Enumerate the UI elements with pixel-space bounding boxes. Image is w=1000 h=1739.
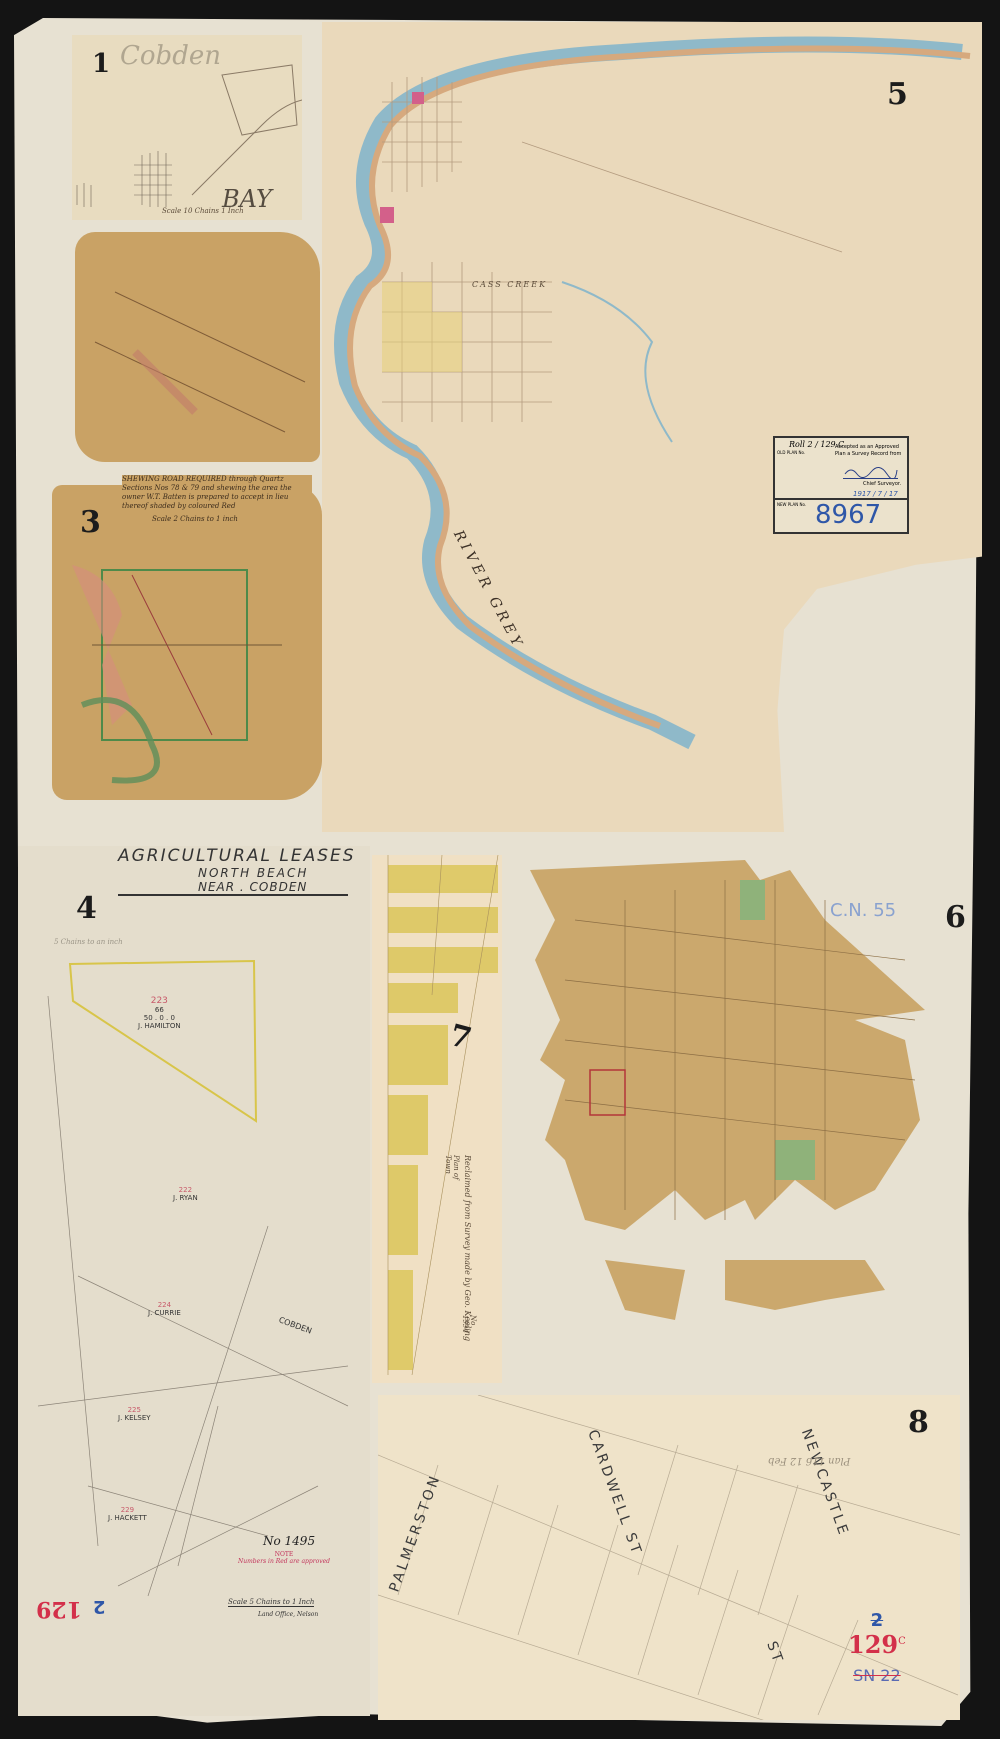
lot-225: 225 J. KELSEY [118,1406,151,1422]
stamp-main-number: 129 [848,1630,898,1659]
panel-6-town-sections: 6 C.N. 55 [525,860,930,1360]
lot-area: 50 . 0 . 0 [138,1014,181,1022]
title-line-3: NEAR . COBDEN [118,880,348,896]
panel-1-cobden-plan: 1 Cobden BAY Scale 10 Chains 1 Inch [72,35,302,220]
panel-4-small-scale: 5 Chains to an inch [54,938,123,946]
lot-owner: J. HACKETT [108,1514,147,1522]
chief-surveyor-signature [843,466,898,479]
note-title: NOTE [238,1551,330,1558]
note-text: Numbers in Red are approved [238,1558,330,1565]
cass-creek [562,282,672,442]
cn-55-stamp: C.N. 55 [830,900,896,921]
panel-4-number: 4 [76,891,97,926]
panel-3-number: 3 [80,505,101,540]
lot-224: 224 J. CURRIE [148,1301,181,1317]
lot-area-code: 66 [138,1006,181,1014]
inverted-plan-note: Plan 116 12 Feb [768,1455,850,1466]
old-plan-label: OLD PLAN No. [777,450,805,455]
stamp-2-rotated: 2 [93,1596,106,1617]
panel-4-agricultural-leases: 4 AGRICULTURAL LEASES NORTH BEACH NEAR .… [18,846,370,1716]
plan-number: No 1495 [263,1534,315,1548]
panel-7-ref: No 1994 [461,1315,477,1340]
stamp-129c-rotated: 129 [36,1596,82,1622]
accepted-text: Accepted as an Approved Plan a Survey Re… [835,444,905,458]
lot-number: 229 [108,1506,147,1514]
panel-2-survey [75,232,320,462]
panel-3-heading: SHEWING ROAD REQUIRED through Quartz Sec… [122,475,312,511]
roll-stamp: 2 129C SN 22 [848,1610,906,1685]
lot-223: 223 66 50 . 0 . 0 J. HAMILTON [138,996,181,1030]
panel-4-title: AGRICULTURAL LEASES NORTH BEACH NEAR . C… [118,846,378,896]
lot-owner: J. RYAN [173,1194,198,1202]
approval-date: 1917 / 7 / 17 [853,490,898,498]
lot-222: 222 J. RYAN [173,1186,198,1202]
scale-note: Scale 5 Chains to 1 Inch [228,1598,314,1607]
title-line-1: AGRICULTURAL LEASES [118,846,378,866]
title-line-2: NORTH BEACH [118,866,378,880]
stamp-suffix: C [898,1636,906,1647]
note: NOTE Numbers in Red are approved [238,1551,330,1565]
panel-7-sub: Plan of Town [444,1155,460,1197]
panel-3-road-plan: 3 SHEWING ROAD REQUIRED through Quartz S… [52,485,322,800]
lot-number: 223 [138,996,181,1006]
chief-surveyor-label: Chief Surveyor. [863,481,901,487]
panel-1-title: Cobden [120,41,221,71]
panel-4-lease-lines [18,846,370,1716]
panel-8-street-plan: 8 PALMERSTON CARDWELL ST NEWCASTLE ST Pl… [378,1395,960,1720]
office-note: Land Office, Nelson [258,1611,318,1618]
lot-owner: J. HAMILTON [138,1022,181,1030]
panel-7-town-plan: 7 Reclaimed from Survey made by Geo. Kee… [372,855,502,1383]
stamp-struck: SN 22 [848,1666,906,1685]
panel-5-number: 5 [887,77,908,112]
panel-1-number: 1 [92,49,110,79]
panel-1-scale: Scale 10 Chains 1 Inch [162,207,244,215]
lot-owner: J. CURRIE [148,1309,181,1317]
new-plan-label: NEW PLAN No. [777,502,806,507]
panel-6-fragments [525,860,930,1360]
survey-record-stamp: Roll 2 / 129 C OLD PLAN No. Accepted as … [773,436,909,534]
lot-229: 229 J. HACKETT [108,1506,147,1522]
panel-7-lots [372,855,502,1383]
panel-3-scale: Scale 2 Chains to 1 inch [152,515,238,523]
lot-number: 224 [148,1301,181,1309]
creek-label: CASS CREEK [472,280,547,289]
new-plan-number: 8967 [815,500,881,530]
lot-number: 225 [118,1406,151,1414]
lot-number: 222 [173,1186,198,1194]
stamp-top-number: 2 [848,1610,906,1631]
lot-owner: J. KELSEY [118,1414,151,1422]
stamp-main: 129C [848,1631,906,1656]
panel-8-number: 8 [908,1405,929,1440]
panel-2-lines [75,232,320,462]
panel-6-number: 6 [945,900,966,935]
